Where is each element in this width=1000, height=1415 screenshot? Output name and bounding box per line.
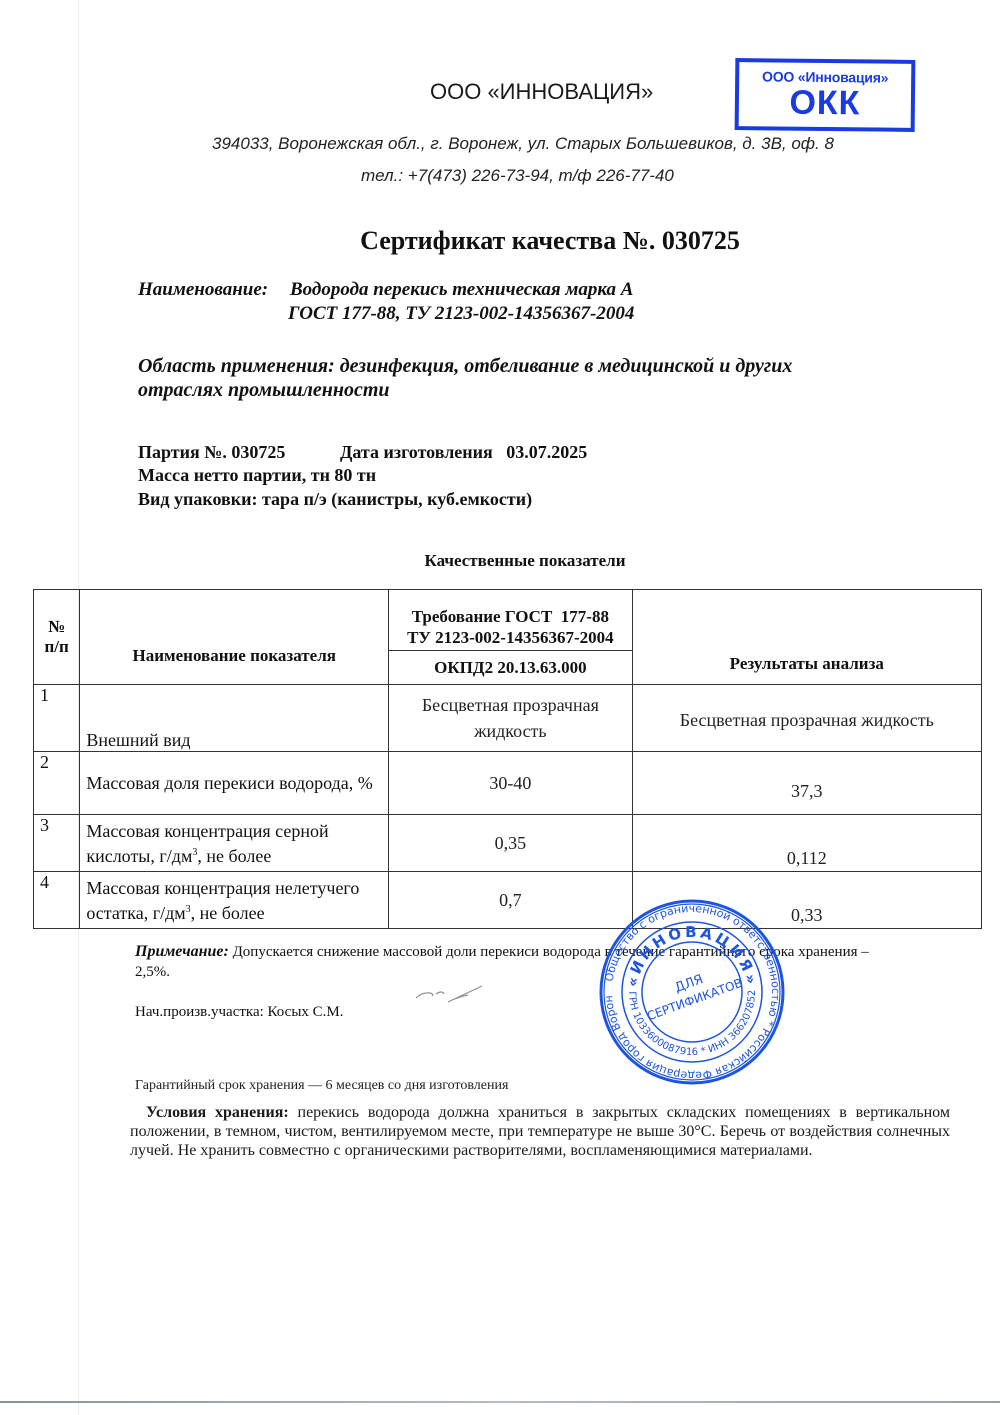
application-area-line2: отраслях промышленности xyxy=(138,379,390,402)
company-name: ООО «ИННОВАЦИЯ» xyxy=(430,79,653,105)
header-requirement-line2: ТУ 2123-002-14356367-2004 xyxy=(395,627,625,648)
warranty-period: Гарантийный срок хранения — 6 месяцев со… xyxy=(135,1078,508,1094)
header-results: Результаты анализа xyxy=(632,590,981,685)
row-indicator: Внешний вид xyxy=(80,685,389,752)
round-stamp: Общество с ограниченной ответственностью… xyxy=(597,897,787,1087)
row-indicator: Массовая концентрация нелетучего остатка… xyxy=(80,872,389,929)
quality-table: № п/п Наименование показателя Требование… xyxy=(33,589,982,929)
row-indicator-suffix: , не более xyxy=(191,903,265,923)
storage-label: Условия хранения: xyxy=(146,1104,289,1121)
header-requirement: Требование ГОСТ 177-88 ТУ 2123-002-14356… xyxy=(389,590,632,651)
note-label: Примечание: xyxy=(135,943,229,960)
table-row: 3 Массовая концентрация серной кислоты, … xyxy=(34,815,982,872)
header-requirement-line1: Требование ГОСТ 177-88 xyxy=(395,606,625,627)
quality-table-title: Качественные показатели xyxy=(0,551,1000,571)
certificate-title: Сертификат качества №. 030725 xyxy=(0,226,1000,256)
table-row: 4 Массовая концентрация нелетучего остат… xyxy=(34,872,982,929)
header-name: Наименование показателя xyxy=(80,590,389,685)
company-phone: тел.: +7(473) 226-73-94, т/ф 226-77-40 xyxy=(361,166,674,186)
batch-number: Партия №. 030725 xyxy=(138,442,285,463)
row-indicator-suffix: , не более xyxy=(197,846,271,866)
page-bottom-edge xyxy=(0,1401,1000,1403)
packaging-type: Вид упаковки: тара п/э (канистры, куб.ем… xyxy=(138,489,532,510)
row-requirement: Бесцветная прозрачная жидкость xyxy=(389,685,632,752)
header-okpd: ОКПД2 20.13.63.000 xyxy=(389,651,632,685)
row-number: 2 xyxy=(34,752,80,815)
row-requirement: 0,35 xyxy=(389,815,632,872)
row-indicator: Массовая доля перекиси водорода, % xyxy=(80,752,389,815)
row-requirement: 30-40 xyxy=(389,752,632,815)
row-result: 0,112 xyxy=(632,815,981,872)
production-master: Нач.произв.участка: Косых С.М. xyxy=(135,1004,344,1021)
signature xyxy=(412,978,492,1013)
okk-stamp-label: ОКК xyxy=(739,85,911,121)
table-row: 1 Внешний вид Бесцветная прозрачная жидк… xyxy=(34,685,982,752)
row-result: Бесцветная прозрачная жидкость xyxy=(632,685,981,752)
batch-net-mass: Масса нетто партии, тн 80 тн xyxy=(138,465,376,486)
manufacture-date: Дата изготовления 03.07.2025 xyxy=(340,442,587,463)
table-header-row: № п/п Наименование показателя Требование… xyxy=(34,590,982,651)
storage-conditions: Условия хранения: перекись водорода долж… xyxy=(130,1103,950,1160)
row-indicator: Массовая концентрация серной кислоты, г/… xyxy=(80,815,389,872)
row-number: 4 xyxy=(34,872,80,929)
okk-stamp: ООО «Инновация» ОКК xyxy=(735,58,916,132)
product-standards: ГОСТ 177-88, ТУ 2123-002-14356367-2004 xyxy=(288,303,634,325)
table-row: 2 Массовая доля перекиси водорода, % 30-… xyxy=(34,752,982,815)
application-area-line1: Область применения: дезинфекция, отбелив… xyxy=(138,355,792,378)
product-name-value: Водорода перекись техническая марка А xyxy=(290,279,633,301)
product-name-label: Наименование: xyxy=(138,279,268,301)
row-requirement: 0,7 xyxy=(389,872,632,929)
row-number: 1 xyxy=(34,685,80,752)
header-no: № п/п xyxy=(34,590,80,685)
row-number: 3 xyxy=(34,815,80,872)
row-result: 37,3 xyxy=(632,752,981,815)
company-address: 394033, Воронежская обл., г. Воронеж, ул… xyxy=(212,134,834,154)
